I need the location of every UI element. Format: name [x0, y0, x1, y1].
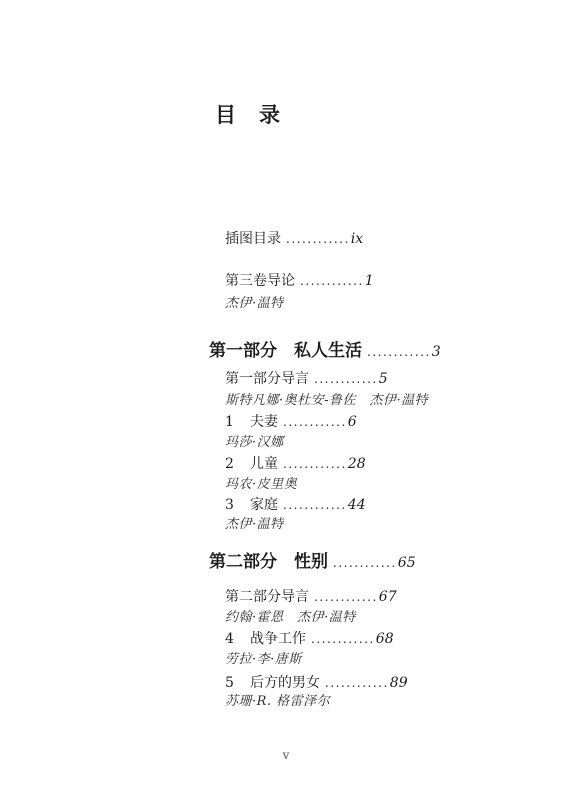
toc-author: 约翰·霍恩 杰伊·温特: [225, 610, 356, 626]
toc-entry-page: 5: [379, 371, 388, 387]
toc-entry-page: ix: [351, 231, 363, 247]
toc-entry-number: 2: [225, 456, 250, 474]
folio-page-number: v: [0, 748, 572, 762]
toc-entry-label: 儿童: [250, 456, 278, 472]
toc-entry: 3家庭............44: [225, 497, 366, 515]
leader-dots: ............: [286, 232, 350, 246]
toc-author: 劳拉·李·唐斯: [225, 652, 302, 668]
leader-dots: ............: [367, 345, 431, 359]
toc-entry: 2儿童............28: [225, 456, 366, 474]
toc-entry: 5后方的男女............89: [225, 675, 408, 693]
toc-entry-page: 28: [348, 456, 366, 472]
toc-entry: 1夫妻............6: [225, 414, 357, 432]
part-heading: 第一部分 私人生活............3: [209, 341, 441, 362]
toc-entry-number: 5: [225, 675, 250, 693]
leader-dots: ............: [283, 415, 347, 429]
toc-entry-label: 夫妻: [250, 414, 278, 430]
toc-author: 苏珊·R. 格雷泽尔: [225, 694, 330, 710]
part-heading-page: 3: [432, 344, 441, 360]
part-heading-label: 第二部分 性别: [209, 552, 328, 572]
part-heading-label: 第一部分 私人生活: [209, 341, 362, 361]
leader-dots: ............: [314, 372, 378, 386]
toc-entry-page: 44: [348, 497, 366, 513]
toc-author: 杰伊·温特: [225, 296, 284, 312]
part-heading-page: 65: [398, 555, 416, 571]
toc-entry: 第三卷导论............1: [225, 273, 374, 291]
toc-entry-label: 插图目录: [225, 231, 281, 247]
toc-author: 玛莎·汉娜: [225, 435, 284, 451]
toc-entry: 插图目录............ix: [225, 231, 363, 249]
toc-entry-number: 3: [225, 497, 250, 515]
toc-entry: 第一部分导言............5: [225, 371, 388, 389]
toc-entry-label: 第一部分导言: [225, 371, 309, 387]
leader-dots: ............: [283, 457, 347, 471]
page-title: 目 录: [215, 102, 281, 128]
toc-entry-label: 家庭: [250, 497, 278, 513]
toc-entry-label: 第二部分导言: [225, 589, 309, 605]
toc-entry-page: 89: [390, 675, 408, 691]
toc-author: 玛农·皮里奥: [225, 477, 297, 493]
toc-entry-page: 1: [365, 273, 374, 289]
leader-dots: ............: [300, 274, 364, 288]
toc-author: 斯特凡娜·奥杜安-鲁佐 杰伊·温特: [225, 393, 428, 409]
leader-dots: ............: [314, 590, 378, 604]
toc-entry-page: 67: [379, 589, 397, 605]
leader-dots: ............: [333, 556, 397, 570]
leader-dots: ............: [325, 676, 389, 690]
toc-entry: 第二部分导言............67: [225, 589, 397, 607]
toc-entry-number: 4: [225, 631, 250, 649]
toc-entry-label: 第三卷导论: [225, 273, 295, 289]
part-heading: 第二部分 性别............65: [209, 552, 416, 573]
toc-entry-number: 1: [225, 414, 250, 432]
leader-dots: ............: [311, 632, 375, 646]
leader-dots: ............: [283, 498, 347, 512]
toc-entry-page: 68: [376, 631, 394, 647]
toc-entry-label: 战争工作: [250, 631, 306, 647]
toc-entry: 4战争工作............68: [225, 631, 394, 649]
toc-author: 杰伊·温特: [225, 517, 284, 533]
toc-entry-page: 6: [348, 414, 357, 430]
toc-entry-label: 后方的男女: [250, 675, 320, 691]
